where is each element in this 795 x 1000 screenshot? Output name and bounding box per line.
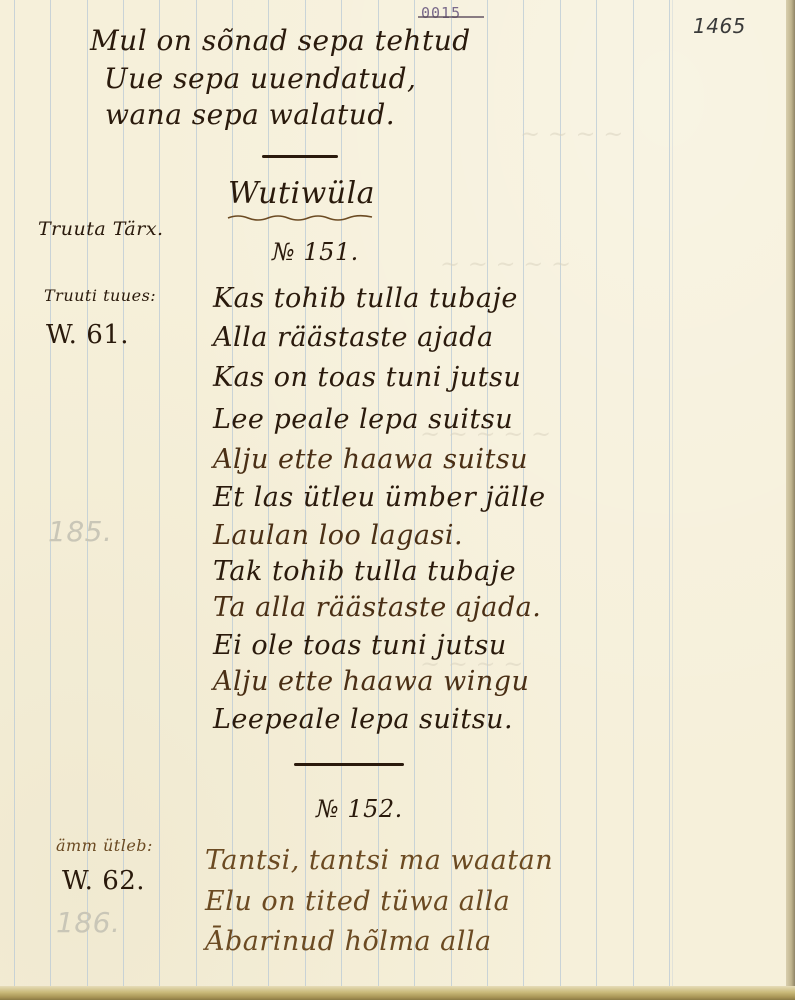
bleed-through-text: ~ ~ ~ ~ [520,120,623,148]
song-151-line: Alju ette haawa wingu [213,666,529,697]
song-151-line: Alju ette haawa suitsu [213,444,528,475]
ruled-line [669,0,670,986]
song-151-line: Kas on toas tuni jutsu [213,362,521,393]
song-151-line: Ta alla räästaste ajada. [213,592,541,623]
section-divider [262,155,338,158]
epigraph-line: wana sepa walatud. [105,98,395,131]
pencil-number-185: 185. [48,515,112,548]
stamp-strikethrough [418,16,484,18]
song-divider [294,763,404,766]
ruled-line [672,0,673,986]
page-edge-right [786,0,795,1000]
song-151-line: Tak tohib tulla tubaje [213,556,516,587]
song-number-151: № 151. [272,238,359,266]
song-152-line: Ābarinud hõlma alla [205,926,492,957]
song-151-line: Et las ütleu ümber jälle [213,482,546,513]
song-number-152: № 152. [316,795,403,823]
ruled-line [14,0,15,986]
title-wavy-underline [226,212,376,222]
song-151-line: Alla räästaste ajada [213,322,494,353]
song-151-line: Kas tohib tulla tubaje [213,283,518,314]
collector-note: Truuta Tärx. [38,218,164,240]
bleed-through-text: ~ ~ ~ ~ ~ [440,250,571,278]
song-151-line: Ei ole toas tuni jutsu [213,630,507,661]
ruled-line [196,0,197,986]
ruled-line [50,0,51,986]
ruled-line [633,0,634,986]
ruled-line [159,0,160,986]
pencil-number-186: 186. [56,906,120,939]
page-number: 1465 [693,14,746,38]
song-151-margin-ref: W. 61. [46,320,129,350]
epigraph-line: Mul on sõnad sepa tehtud [90,24,471,57]
song-151-line: Leepeale lepa suitsu. [213,704,513,735]
archive-stamp: 0015 [421,4,461,22]
song-151-margin-note: Truuti tuues: [44,286,156,305]
song-152-margin-note: ämm ütleb: [56,836,153,855]
song-151-line: Laulan loo lagasi. [213,520,463,551]
page-edge-bottom [0,986,795,1000]
song-152-line: Elu on tited tüwa alla [205,886,510,917]
place-title: Wutiwüla [228,176,375,211]
song-152-line: Tantsi, tantsi ma waatan [205,845,553,876]
epigraph-line: Uue sepa uuendatud, [104,62,416,95]
song-152-margin-ref: W. 62. [62,866,145,896]
manuscript-page: ~ ~ ~ ~ ~ ~ ~ ~ ~ ~ ~ ~ ~ ~ ~ ~ ~ ~ 0015… [0,0,786,986]
song-151-line: Lee peale lepa suitsu [213,404,513,435]
